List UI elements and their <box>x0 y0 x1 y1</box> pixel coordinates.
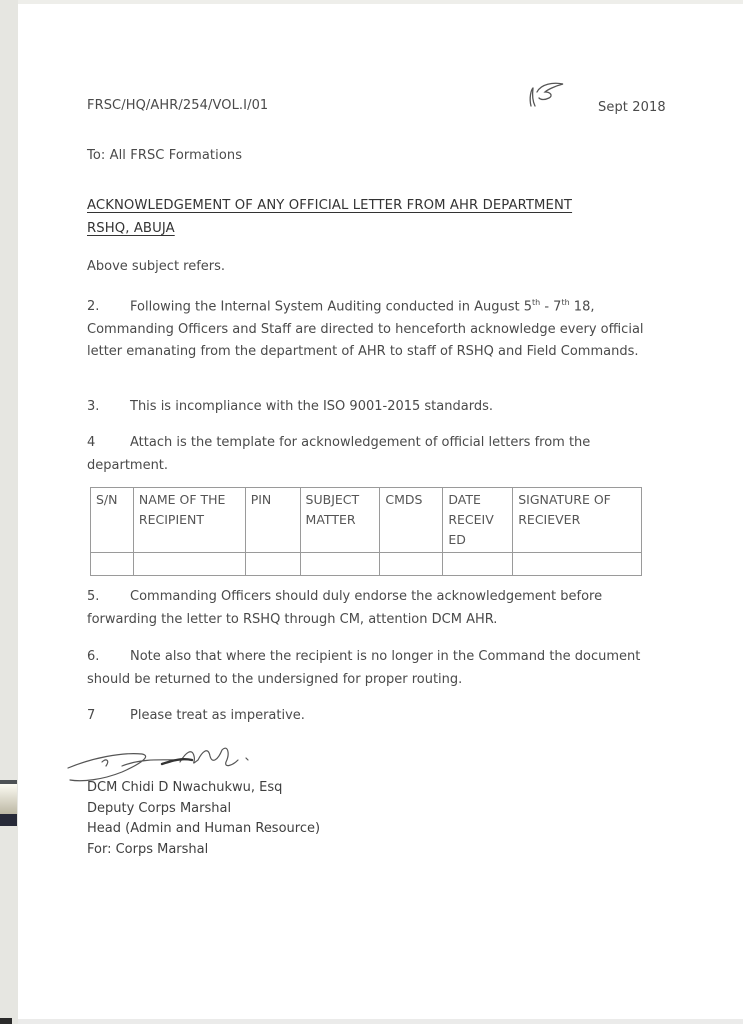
scan-top-border <box>18 0 743 4</box>
paragraph-5: 5.Commanding Officers should duly endors… <box>87 586 667 631</box>
paragraph-6: 6.Note also that where the recipient is … <box>87 646 667 691</box>
scan-artifact <box>0 784 17 814</box>
header-pin: PIN <box>245 488 300 553</box>
signatory-block: DCM Chidi D Nwachukwu, Esq Deputy Corps … <box>87 778 320 860</box>
header-cmds: CMDS <box>380 488 443 553</box>
paragraph-7: 7Please treat as imperative. <box>87 705 667 728</box>
subject-heading: ACKNOWLEDGEMENT OF ANY OFFICIAL LETTER F… <box>87 198 572 213</box>
header-signature: SIGNATURE OF RECIEVER <box>513 488 642 553</box>
table-header-row: S/N NAME OF THE RECIPIENT PIN SUBJECT MA… <box>91 488 642 553</box>
signatory-name: DCM Chidi D Nwachukwu, Esq <box>87 778 320 799</box>
handwritten-initials-icon <box>523 78 571 112</box>
signatory-rank: Deputy Corps Marshal <box>87 799 320 820</box>
subject-heading-continued: RSHQ, ABUJA <box>87 221 175 236</box>
table-row <box>91 553 642 576</box>
header-recipient-name: NAME OF THE RECIPIENT <box>133 488 245 553</box>
acknowledgement-template-table: S/N NAME OF THE RECIPIENT PIN SUBJECT MA… <box>90 487 642 576</box>
signatory-for: For: Corps Marshal <box>87 840 320 861</box>
header-subject-matter: SUBJECT MATTER <box>300 488 380 553</box>
header-sn: S/N <box>91 488 134 553</box>
paragraph-4: 4Attach is the template for acknowledgem… <box>87 432 667 477</box>
header-date-received: DATE RECEIV ED <box>443 488 513 553</box>
opening-line: Above subject refers. <box>87 256 667 279</box>
signatory-position: Head (Admin and Human Resource) <box>87 819 320 840</box>
scan-artifact <box>0 814 17 826</box>
paragraph-3: 3.This is incompliance with the ISO 9001… <box>87 396 667 419</box>
paragraph-number: 2. <box>87 296 130 319</box>
scan-left-border <box>0 0 18 1024</box>
scan-bottom-border <box>18 1019 743 1024</box>
letter-date: Sept 2018 <box>598 100 666 115</box>
paragraph-2: 2.Following the Internal System Auditing… <box>87 292 667 364</box>
reference-number: FRSC/HQ/AHR/254/VOL.I/01 <box>87 98 268 113</box>
scan-artifact <box>0 1018 12 1024</box>
addressee: To: All FRSC Formations <box>87 148 242 163</box>
